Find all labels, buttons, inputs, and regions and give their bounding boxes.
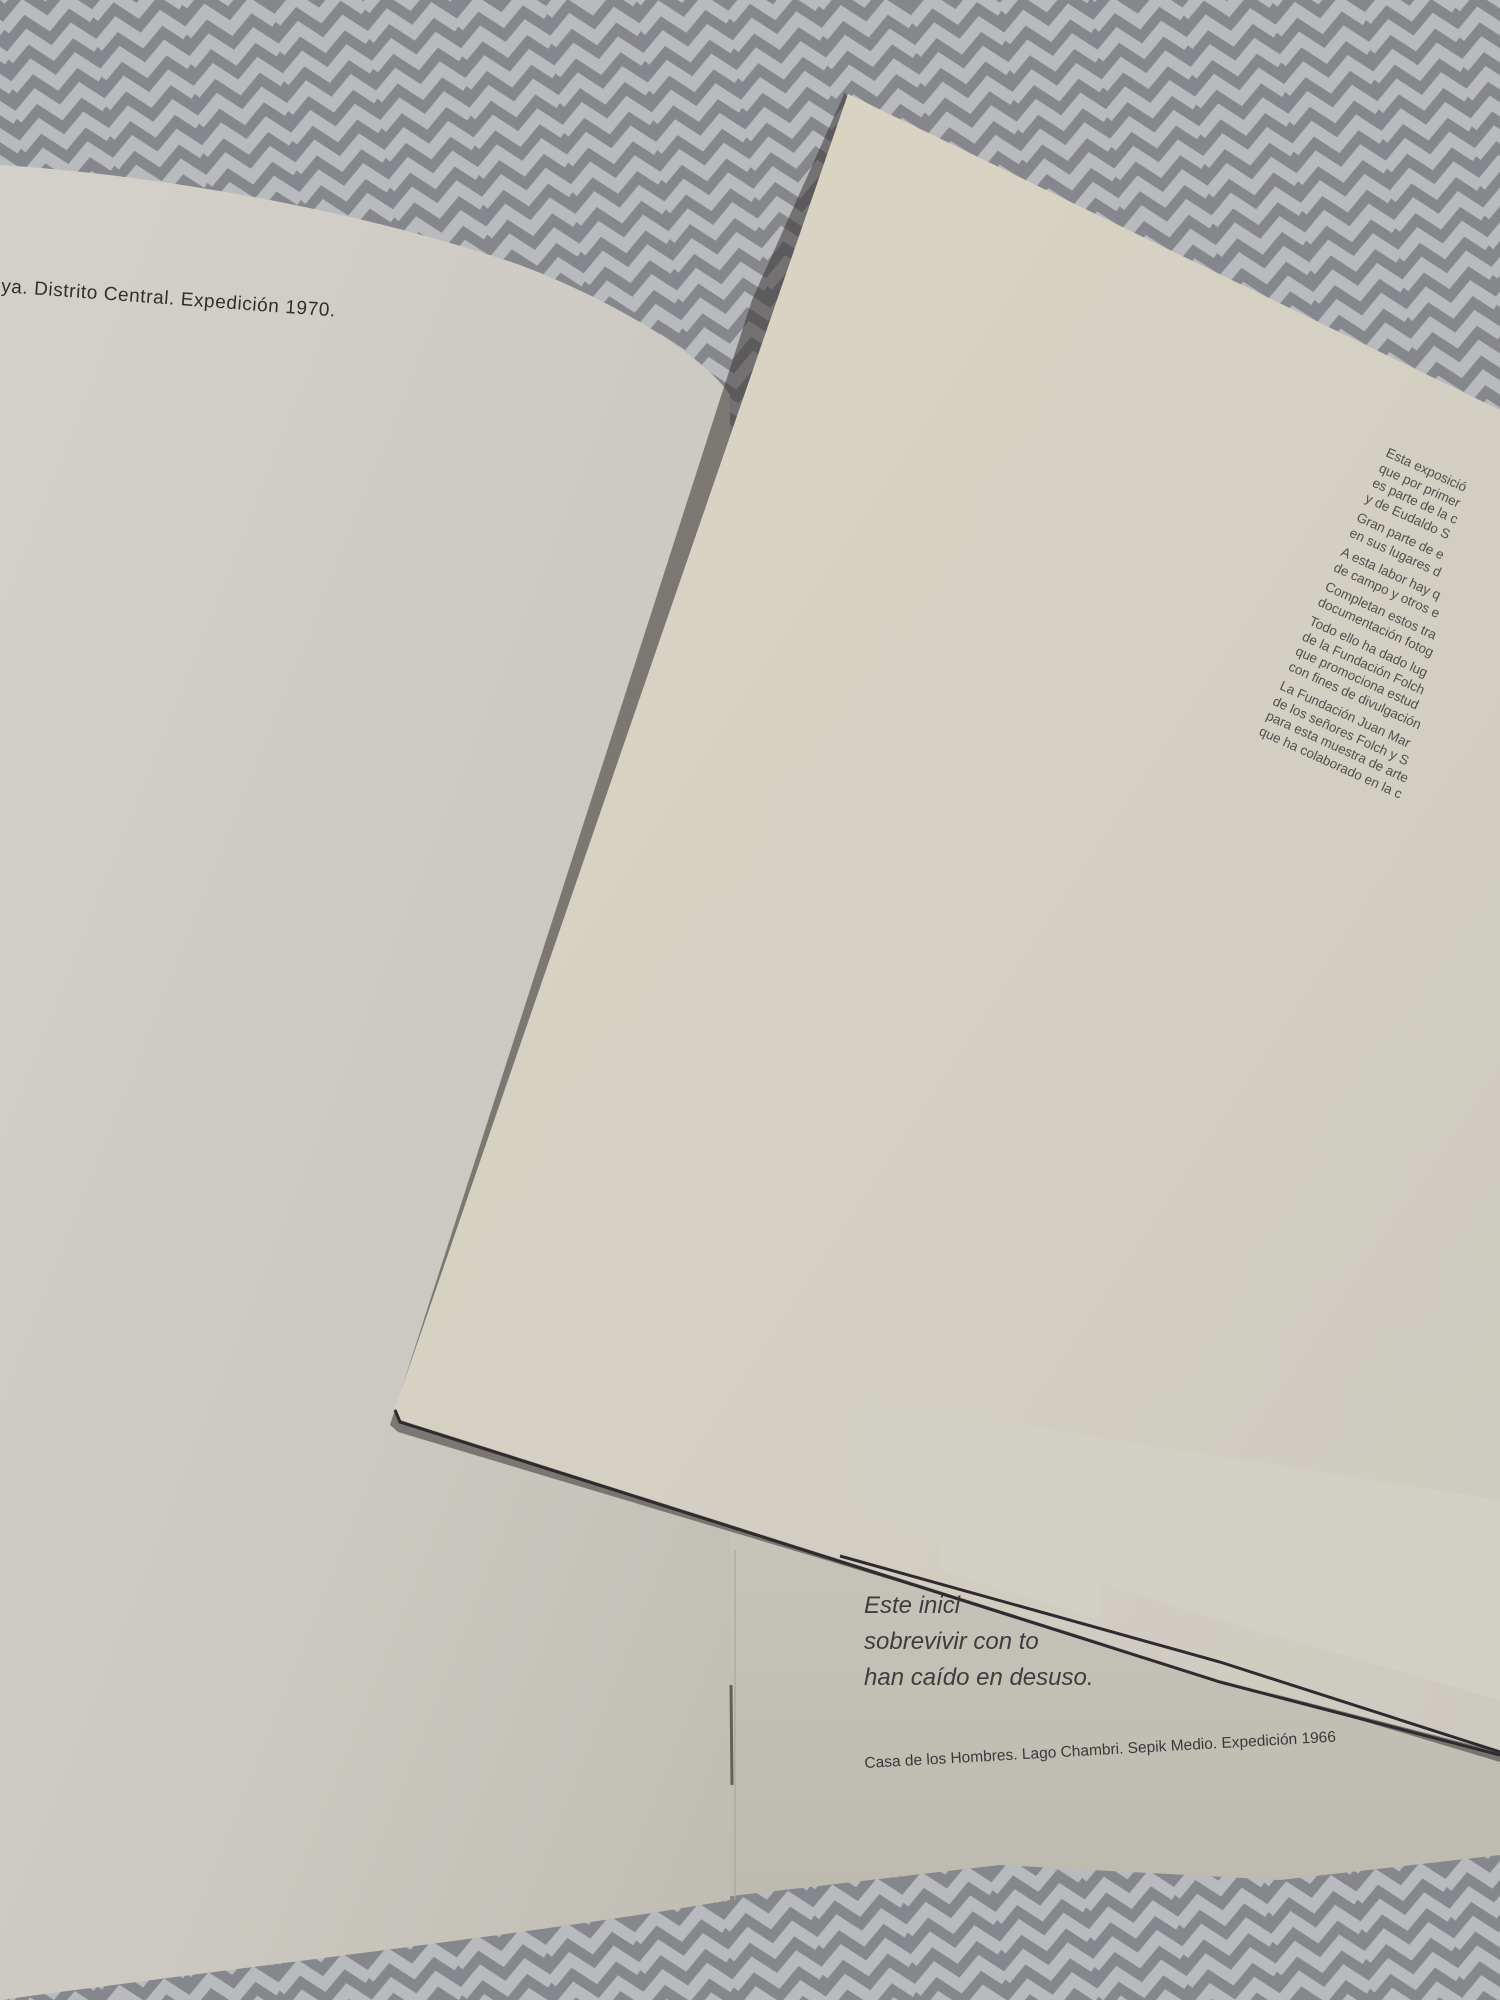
italic-line: Este inici [864,1588,1094,1624]
italic-line: han caído en desuso. [864,1660,1094,1696]
gutter-crease [731,1685,732,1785]
italic-line: sobrevivir con to [864,1624,1094,1660]
photo-scene: ya. Distrito Central. Expedición 1970. E… [0,0,1500,2000]
italic-quote-block: Este inici sobrevivir con to han caído e… [864,1588,1094,1696]
